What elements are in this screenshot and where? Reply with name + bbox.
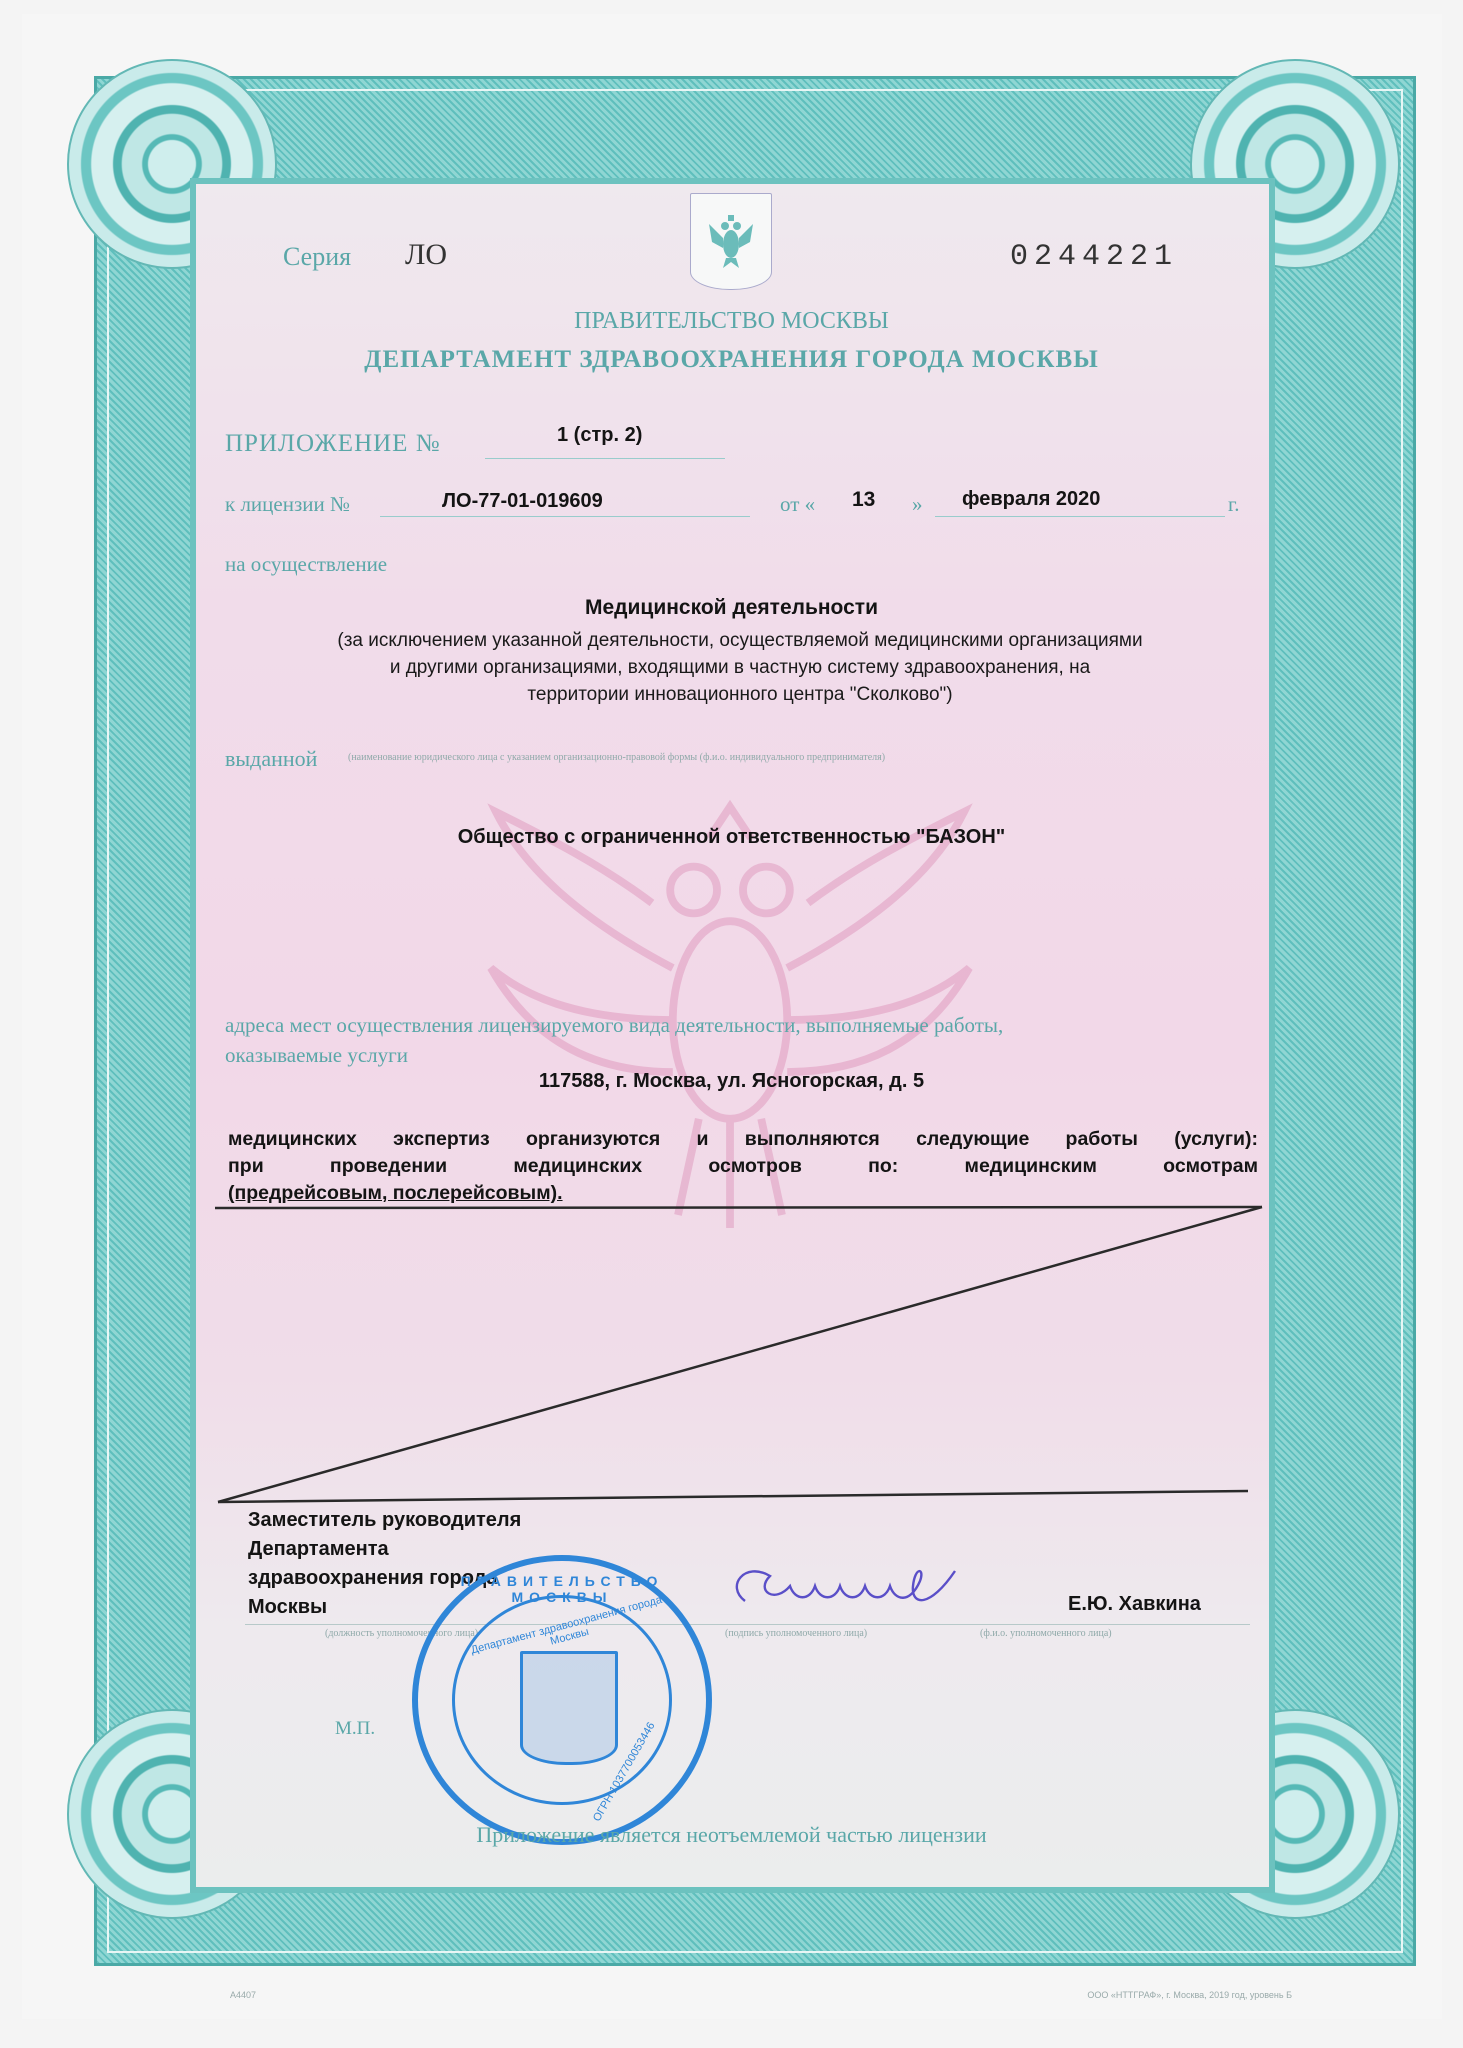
signature-hint: (подпись уполномоченного лица) xyxy=(725,1628,867,1639)
signer-name: Е.Ю. Хавкина xyxy=(1068,1593,1201,1616)
footer-note: Приложение является неотъемлемой частью … xyxy=(0,1822,1463,1848)
official-seal-stamp: ПРАВИТЕЛЬСТВО МОСКВЫ Департамент здравоо… xyxy=(412,1555,712,1845)
handwritten-signature xyxy=(715,1556,1005,1626)
moscow-coat-of-arms-icon xyxy=(520,1651,618,1765)
name-hint: (ф.и.о. уполномоченного лица) xyxy=(980,1628,1112,1639)
seal-label: М.П. xyxy=(335,1718,375,1740)
blank-strikeout-lines xyxy=(0,0,1463,2048)
